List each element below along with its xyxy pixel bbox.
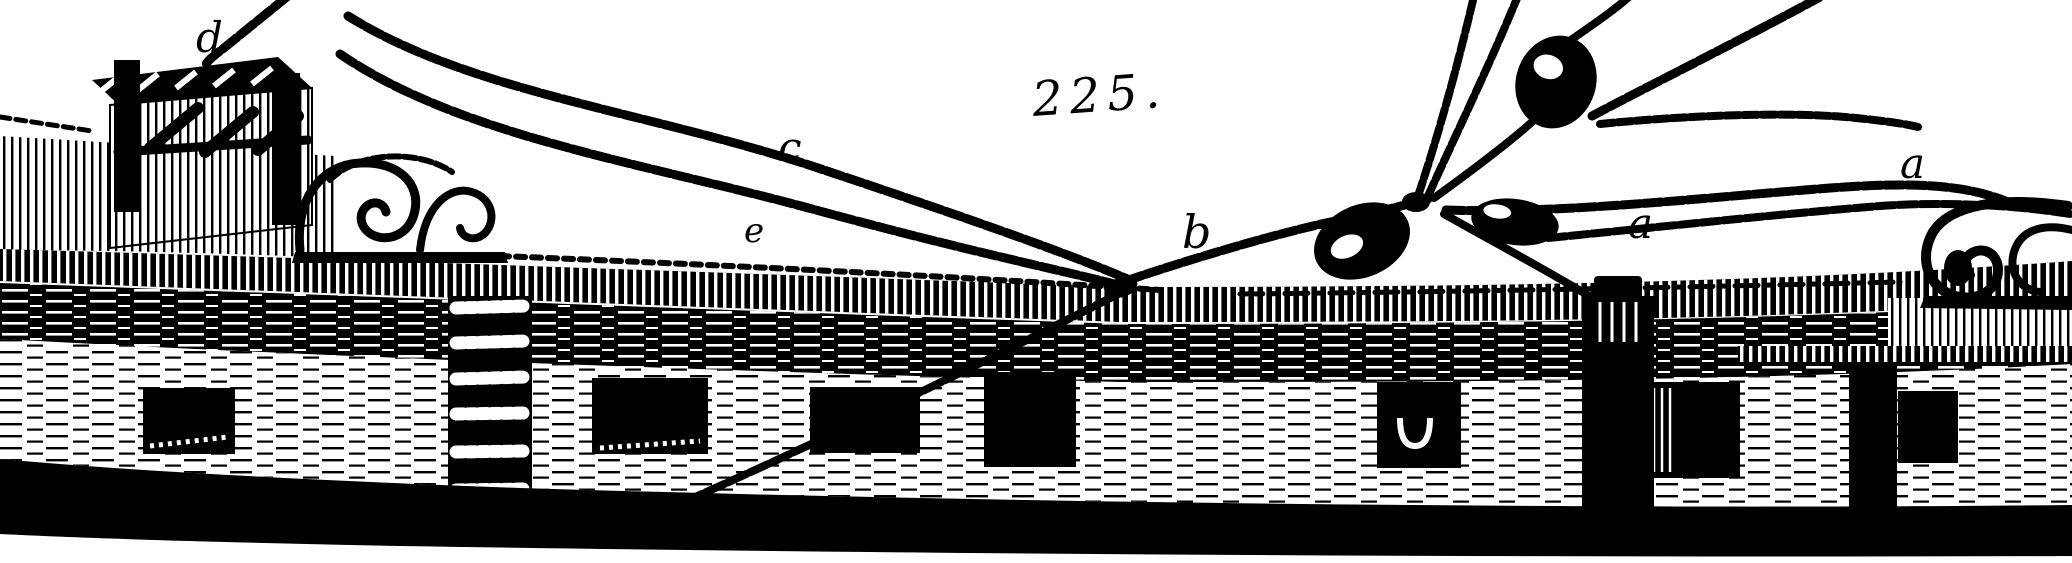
label-d: d [196, 13, 223, 62]
bitt-post-left [114, 60, 140, 212]
deck-bitt-post [1582, 276, 1654, 512]
gunport-with-ring [1377, 382, 1461, 468]
engraving-plate: 225. d c e b a a [0, 0, 2072, 563]
label-b: b [1182, 205, 1211, 259]
side-ladder-strip [448, 296, 532, 510]
gunport [1898, 391, 1958, 463]
label-e: e [744, 211, 764, 251]
rigging-fan [1418, 0, 1822, 198]
figure-number: 225. [1029, 63, 1168, 128]
frame-timber [1849, 362, 1897, 512]
engraving-canvas: 225. d c e b a a [0, 0, 2072, 563]
eye-block [1503, 25, 1608, 139]
bitt-block-d [92, 57, 312, 248]
rope-a-outer [1600, 115, 1918, 127]
gunport [592, 378, 708, 454]
rope-e [340, 54, 1122, 286]
knot-lump [1402, 192, 1430, 212]
gunport [1644, 382, 1740, 478]
rail-line [0, 117, 92, 131]
rope-c [348, 16, 1132, 281]
long-block [1468, 193, 1562, 251]
bitt-post-right [272, 73, 300, 225]
label-a-inner: a [1628, 199, 1653, 248]
label-a-outer: a [1900, 139, 1925, 188]
gunport [143, 388, 235, 454]
gunport [984, 372, 1076, 467]
label-c: c [778, 123, 802, 172]
